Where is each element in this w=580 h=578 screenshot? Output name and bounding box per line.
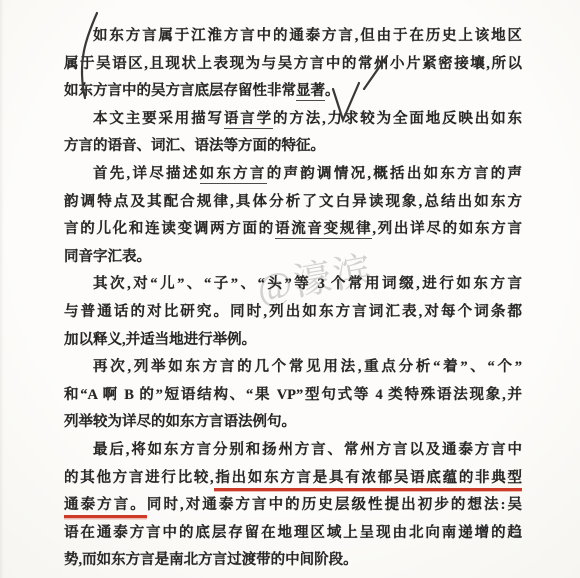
text-segment: 最后,将如东方言分别和扬州方言、常州方言以及通泰方言中 [93,442,522,458]
abstract-text: 如东方言属于江淮方言中的通泰方言,但由于在历史上该地区属于吴语区,且现状上表现为… [64,23,522,575]
text-line: 属于吴语区,且现状上表现为与吴方言中的常州小片紧密接壤,所以 [64,51,522,79]
text-line: 最后,将如东方言分别和扬州方言、常州方言以及通泰方言中 [64,437,522,465]
text-line: 同音字汇表。 [64,244,522,272]
text-segment: 言的儿化和连读变调两方面的 [64,221,275,237]
text-line: 通泰方言。同时,对通泰方言中的历史层级性提出初步的想法:吴 [64,492,522,520]
red-underlined-text: 通泰方言。 [64,497,147,518]
text-segment: 与普通话的对比研究。同时,列出如东方言词汇表,对每个词条都 [64,304,522,320]
text-segment: 加以释义,并适当地进行举例。 [64,332,256,348]
text-line: 方言的语音、词汇、语法等方面的特征。 [64,133,522,161]
text-line: 语在通泰方言中的底层存留在地理区域上呈现由北向南递增的趋 [64,520,522,548]
text-segment: 本文主要采用描写 [93,111,224,127]
text-segment: 首先,详尽描述 [93,166,200,182]
text-segment: 其次,对“儿”、“子”、“头”等 3 个常用词缀,进行如东方言 [93,276,522,292]
text-line: 如东方言属于江淮方言中的通泰方言,但由于在历史上该地区 [64,23,522,51]
text-line: 其次,对“儿”、“子”、“头”等 3 个常用词缀,进行如东方言 [64,271,522,299]
text-segment: 属于吴语区,且现状上表现为与吴方言中的常州小片紧密接壤,所以 [64,56,522,72]
text-segment: 语在通泰方言中的底层存留在地理区域上呈现由北向南递增的趋 [64,525,522,541]
text-segment: 再次,列举如东方言的几个常见用法,重点分析“着”、“个” [93,359,522,375]
text-segment: 韵调特点及其配合规律,具体分析了文白异读现象,总结出如东方 [64,194,522,210]
text-line: 韵调特点及其配合规律,具体分析了文白异读现象,总结出如东方 [64,189,522,217]
text-segment: 的其他方言进行比较, [64,470,214,486]
text-segment: 的方法,力求较为全面地反映出如东 [273,111,522,127]
text-segment: 的声韵调情况,概括出如东方言的声 [267,166,522,182]
pencil-underlined-text: 语言学 [224,111,273,129]
text-segment: 列举较为详尽的如东方言语法例句。 [64,414,296,430]
text-segment: 和“A 啊 B 的”短语结构、“果 VP”型句式等 4 类特殊语法现象,并 [64,387,522,403]
text-segment: ,列出详尽的如东方言 [372,221,522,237]
text-line: 首先,详尽描述如东方言的声韵调情况,概括出如东方言的声 [64,161,522,189]
text-line: 和“A 啊 B 的”短语结构、“果 VP”型句式等 4 类特殊语法现象,并 [64,382,522,410]
pencil-underlined-text: 如东方言 [200,166,267,184]
text-line: 如东方言中的吴方言底层存留性非常显著。 [64,78,522,106]
text-line: 的其他方言进行比较,指出如东方言是具有浓郁吴语底蕴的非典型 [64,465,522,493]
text-line: 列举较为详尽的如东方言语法例句。 [64,409,522,437]
text-line: 本文主要采用描写语言学的方法,力求较为全面地反映出如东 [64,106,522,134]
text-segment: 方言的语音、词汇、语法等方面的特征。 [64,138,325,154]
text-segment: 同音字汇表。 [64,249,151,265]
red-underlined-text: 指出如东方言是具有浓郁吴语底蕴的非典型 [214,470,522,491]
text-line: 再次,列举如东方言的几个常见用法,重点分析“着”、“个” [64,354,522,382]
text-line: 加以释义,并适当地进行举例。 [64,327,522,355]
pencil-underlined-text: 语流音变规律 [275,221,372,239]
text-segment: 同时,对通泰方言中的历史层级性提出初步的想法:吴 [147,497,522,513]
text-segment: 势,而如东方言是南北方言过渡带的中间阶段。 [64,552,358,568]
text-segment: 如东方言中的吴方言底层存留性非常 [64,83,296,99]
text-segment: 如东方言属于江淮方言中的通泰方言,但由于在历史上该地区 [93,28,522,44]
text-line: 言的儿化和连读变调两方面的语流音变规律,列出详尽的如东方言 [64,216,522,244]
text-line: 势,而如东方言是南北方言过渡带的中间阶段。 [64,547,522,575]
scanned-abstract-page: @濠滨 如东方言属于江淮方言中的通泰方言,但由于在历史上该地区属于吴语区,且现状… [0,0,580,578]
pencil-underlined-text: 显著 [296,83,325,101]
text-line: 与普通话的对比研究。同时,列出如东方言词汇表,对每个词条都 [64,299,522,327]
text-segment: 。 [325,83,340,99]
